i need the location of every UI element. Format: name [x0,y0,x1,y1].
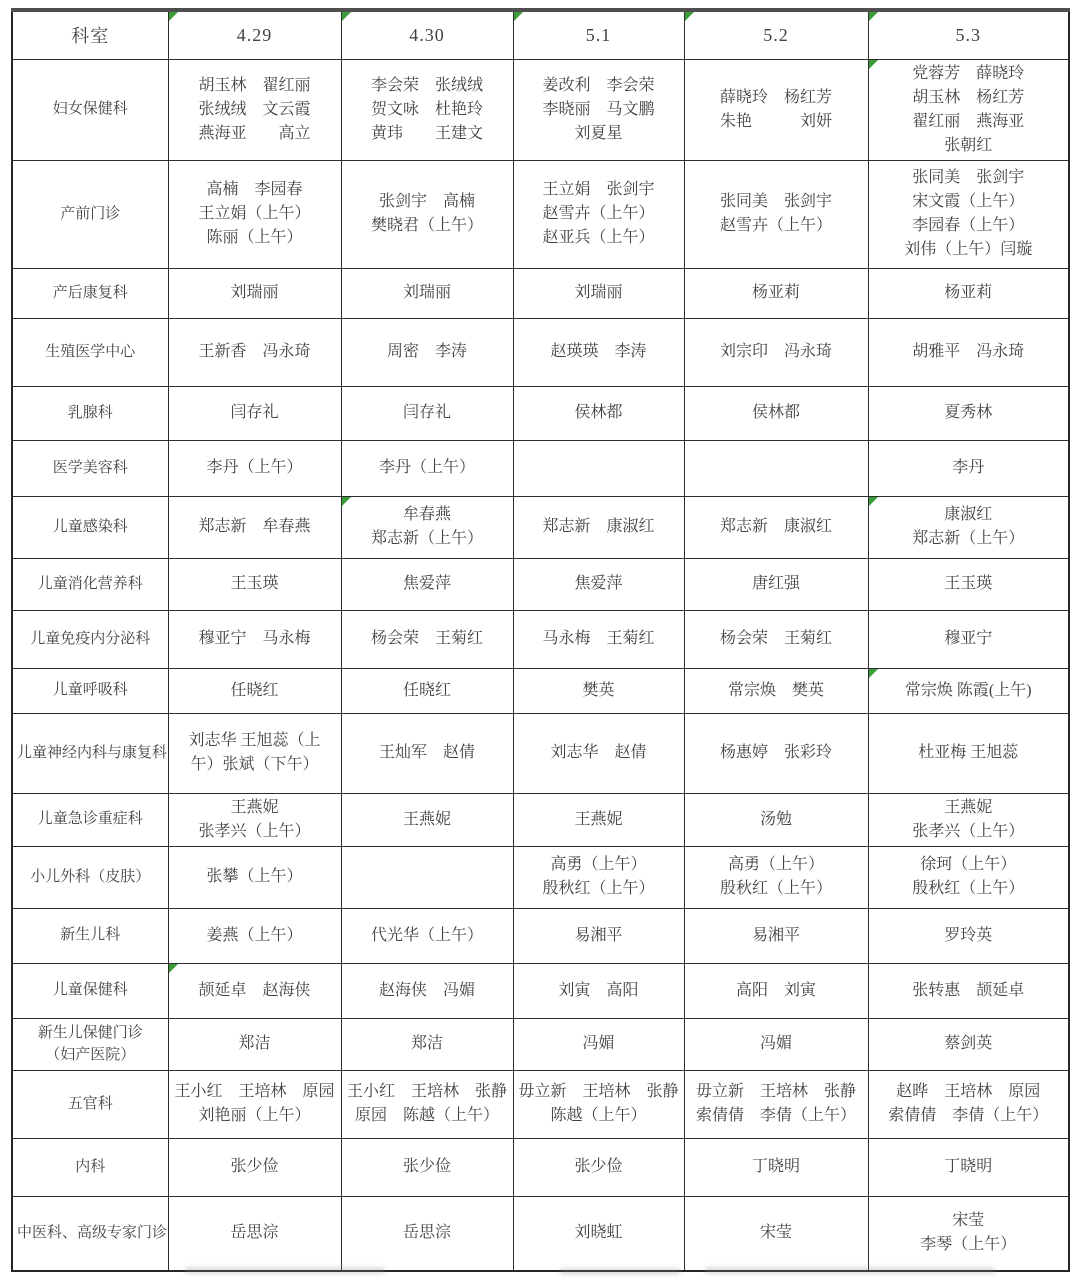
schedule-cell: 张同美 张剑宇宋文霞（上午）李园春（上午）刘伟（上午）闫璇 [868,160,1069,268]
schedule-cell: 杨会荣 王菊红 [684,610,868,668]
staff-name-line: 毋立新 王培林 张静 [689,1080,864,1104]
schedule-cell: 丁晓明 [868,1138,1069,1196]
staff-name-line: 陈越（上午） [518,1104,680,1128]
staff-name-line: 朱艳 刘妍 [689,110,864,134]
schedule-cell: 王小红 王培林 张静原园 陈越（上午） [341,1070,513,1138]
staff-name-line: 王灿军 赵倩 [346,741,509,765]
staff-name-line: 王立娟（上午） [173,202,337,226]
department-cell: 内科 [12,1138,168,1196]
staff-name-line: 赵雪卉（上午） [518,202,680,226]
schedule-row: 产后康复科刘瑞丽刘瑞丽刘瑞丽杨亚莉杨亚莉 [12,268,1069,318]
staff-name-line: 焦爱萍 [346,572,509,596]
staff-name-line: 刘艳丽（上午） [173,1104,337,1128]
department-cell: 儿童保健科 [12,963,168,1018]
staff-name-line: 夏秀林 [873,401,1065,425]
staff-name-line: 王新香 冯永琦 [173,340,337,364]
schedule-cell: 穆亚宁 马永梅 [168,610,341,668]
staff-name-line: 李丹（上午） [173,456,337,480]
schedule-row: 儿童保健科颉延卓 赵海侠赵海侠 冯媚刘寅 高阳高阳 刘寅张转惠 颉延卓 [12,963,1069,1018]
department-name: 产后康复科 [17,282,164,305]
staff-name-line: 薛晓玲 杨红芳 [689,86,864,110]
department-cell: 新生儿保健门诊（妇产医院） [12,1018,168,1070]
department-cell: 生殖医学中心 [12,318,168,386]
table-header: 科室4.294.305.15.25.3 [12,10,1069,59]
staff-name-line: 李丹 [873,456,1065,480]
staff-name-line: 姜改利 李会荣 [518,74,680,98]
staff-name-line: 侯林都 [518,401,680,425]
schedule-row: 儿童消化营养科王玉瑛焦爱萍焦爱萍唐红强王玉瑛 [12,558,1069,610]
comment-marker-icon [869,12,878,21]
schedule-cell: 焦爱萍 [341,558,513,610]
staff-name-line: 常宗焕 樊英 [689,679,864,703]
schedule-cell: 周密 李涛 [341,318,513,386]
department-name: 新生儿科 [17,924,164,947]
schedule-cell: 郑志新 牟春燕 [168,496,341,558]
schedule-cell: 高勇（上午）殷秋红（上午） [684,846,868,908]
schedule-cell: 毋立新 王培林 张静陈越（上午） [513,1070,684,1138]
dept-column-header: 科室 [12,10,168,59]
staff-name-line: 郑志新 牟春燕 [173,515,337,539]
staff-name-line: 胡雅平 冯永琦 [873,340,1065,364]
staff-name-line: 闫存礼 [346,401,509,425]
schedule-cell: 常宗焕 樊英 [684,668,868,713]
department-cell: 儿童呼吸科 [12,668,168,713]
department-cell: 五官科 [12,1070,168,1138]
schedule-cell: 毋立新 王培林 张静索倩倩 李倩（上午） [684,1070,868,1138]
schedule-cell: 宋莹李琴（上午） [868,1196,1069,1271]
department-name: 儿童感染科 [17,516,164,539]
schedule-cell: 张少俭 [168,1138,341,1196]
staff-name-line: 代光华（上午） [346,924,509,948]
schedule-cell: 赵瑛瑛 李涛 [513,318,684,386]
staff-name-line: 杜亚梅 王旭蕊 [873,741,1065,765]
staff-name-line: 张孝兴（上午） [173,820,337,844]
staff-name-line: 党蓉芳 薛晓玲 [873,62,1065,86]
schedule-cell: 刘寅 高阳 [513,963,684,1018]
staff-name-line: 郑志新 康淑红 [518,515,680,539]
staff-name-line: 刘伟（上午）闫璇 [873,238,1065,262]
schedule-cell: 杜亚梅 王旭蕊 [868,713,1069,793]
staff-name-line: 高勇（上午） [518,853,680,877]
staff-name-line: 刘瑞丽 [173,281,337,305]
staff-name-line: 李琴（上午） [873,1233,1065,1257]
department-name: 儿童消化营养科 [17,573,164,596]
staff-name-line: 宋莹 [873,1209,1065,1233]
staff-name-line: 赵雪卉（上午） [689,214,864,238]
staff-name-line: 李会荣 张绒绒 [346,74,509,98]
schedule-row: 新生儿保健门诊（妇产医院）郑洁郑洁冯媚冯媚蔡剑英 [12,1018,1069,1070]
schedule-cell: 闫存礼 [341,386,513,440]
schedule-cell: 颉延卓 赵海侠 [168,963,341,1018]
staff-name-line: 穆亚宁 马永梅 [173,627,337,651]
staff-name-line: 刘志华 王旭蕊（上 [173,729,337,753]
staff-name-line: 午）张斌（下午） [173,753,337,777]
schedule-cell: 刘瑞丽 [341,268,513,318]
department-name: 新生儿保健门诊 [17,1022,164,1045]
staff-name-line: 高楠 李园春 [173,178,337,202]
schedule-cell: 岳思淙 [168,1196,341,1271]
staff-name-line: 杨会荣 王菊红 [689,627,864,651]
staff-name-line: 罗玲英 [873,924,1065,948]
schedule-cell: 蔡剑英 [868,1018,1069,1070]
comment-marker-icon [169,12,178,21]
schedule-cell: 刘志华 赵倩 [513,713,684,793]
staff-name-line: 原园 陈越（上午） [346,1104,509,1128]
staff-name-line: 郑洁 [346,1032,509,1056]
staff-name-line: 殷秋红（上午） [873,877,1065,901]
schedule-cell: 高楠 李园春王立娟（上午）陈丽（上午） [168,160,341,268]
staff-name-line: 任晓红 [173,679,337,703]
schedule-cell: 焦爱萍 [513,558,684,610]
staff-name-line: 张转惠 颉延卓 [873,979,1065,1003]
schedule-cell: 罗玲英 [868,908,1069,963]
staff-name-line: 易湘平 [689,924,864,948]
schedule-cell: 王燕妮张孝兴（上午） [168,793,341,846]
staff-name-line: 王立娟 张剑宇 [518,178,680,202]
staff-name-line: 刘宗印 冯永琦 [689,340,864,364]
staff-name-line: 杨亚莉 [689,281,864,305]
staff-name-line: 樊晓君（上午） [346,214,509,238]
staff-name-line: 冯媚 [518,1032,680,1056]
staff-name-line: 陈丽（上午） [173,226,337,250]
schedule-cell: 郑志新 康淑红 [684,496,868,558]
duty-schedule-page: 科室4.294.305.15.25.3 妇女保健科胡玉林 翟红丽张绒绒 文云霞燕… [0,0,1080,1277]
schedule-cell: 赵海侠 冯媚 [341,963,513,1018]
staff-name-line: 赵亚兵（上午） [518,226,680,250]
department-cell: 儿童神经内科与康复科 [12,713,168,793]
schedule-cell: 康淑红郑志新（上午） [868,496,1069,558]
department-name: 内科 [17,1156,164,1179]
staff-name-line: 徐珂（上午） [873,853,1065,877]
department-cell: 新生儿科 [12,908,168,963]
staff-name-line: 丁晓明 [689,1155,864,1179]
comment-marker-icon [342,497,351,506]
staff-name-line: 王玉瑛 [873,572,1065,596]
staff-name-line: 王小红 王培林 张静 [346,1080,509,1104]
schedule-cell: 侯林都 [513,386,684,440]
schedule-cell: 杨亚莉 [684,268,868,318]
staff-name-line: 刘寅 高阳 [518,979,680,1003]
staff-name-line: 马永梅 王菊红 [518,627,680,651]
schedule-cell: 代光华（上午） [341,908,513,963]
schedule-cell: 张同美 张剑宇赵雪卉（上午） [684,160,868,268]
staff-name-line: 殷秋红（上午） [689,877,864,901]
staff-name-line: 宋莹 [689,1221,864,1245]
schedule-cell: 张少俭 [513,1138,684,1196]
schedule-cell: 李丹 [868,440,1069,496]
staff-name-line: 唐红强 [689,572,864,596]
cropped-text-artifact [185,1267,385,1274]
staff-name-line: 郑志新（上午） [346,527,509,551]
staff-name-line: 穆亚宁 [873,627,1065,651]
schedule-row: 儿童免疫内分泌科穆亚宁 马永梅杨会荣 王菊红马永梅 王菊红杨会荣 王菊红穆亚宁 [12,610,1069,668]
staff-name-line: 高勇（上午） [689,853,864,877]
staff-name-line: 牟春燕 [346,503,509,527]
schedule-cell: 高勇（上午）殷秋红（上午） [513,846,684,908]
staff-name-line: 岳思淙 [346,1221,509,1245]
department-name: 儿童急诊重症科 [17,808,164,831]
staff-name-line: 李晓丽 马文鹏 [518,98,680,122]
cropped-text-artifact [560,1268,680,1275]
staff-name-line: 樊英 [518,679,680,703]
schedule-cell: 唐红强 [684,558,868,610]
staff-name-line: 姜燕（上午） [173,924,337,948]
staff-name-line: 翟红丽 燕海亚 [873,110,1065,134]
date-column-header: 5.2 [684,10,868,59]
comment-marker-icon [342,12,351,21]
staff-name-line: 贺文咏 杜艳玲 [346,98,509,122]
department-cell: 产前门诊 [12,160,168,268]
date-column-header: 4.29 [168,10,341,59]
schedule-cell: 刘瑞丽 [168,268,341,318]
cropped-text-artifact [705,1267,995,1274]
staff-name-line: 康淑红 [873,503,1065,527]
staff-name-line: 张朝红 [873,134,1065,158]
schedule-cell: 夏秀林 [868,386,1069,440]
department-cell: 小儿外科（皮肤） [12,846,168,908]
schedule-row: 生殖医学中心王新香 冯永琦周密 李涛赵瑛瑛 李涛刘宗印 冯永琦胡雅平 冯永琦 [12,318,1069,386]
schedule-cell: 郑志新 康淑红 [513,496,684,558]
department-name: 儿童免疫内分泌科 [17,628,164,651]
date-column-header: 4.30 [341,10,513,59]
schedule-row: 妇女保健科胡玉林 翟红丽张绒绒 文云霞燕海亚 高立李会荣 张绒绒贺文咏 杜艳玲黄… [12,59,1069,160]
staff-name-line: 常宗焕 陈霞(上午) [873,679,1065,703]
staff-name-line: 张少俭 [346,1155,509,1179]
schedule-row: 小儿外科（皮肤）张攀（上午）高勇（上午）殷秋红（上午）高勇（上午）殷秋红（上午）… [12,846,1069,908]
schedule-cell: 樊英 [513,668,684,713]
staff-name-line: 刘瑞丽 [346,281,509,305]
department-name: 生殖医学中心 [17,341,164,364]
schedule-cell: 冯媚 [513,1018,684,1070]
schedule-cell: 杨会荣 王菊红 [341,610,513,668]
schedule-cell: 高阳 刘寅 [684,963,868,1018]
staff-name-line: 索倩倩 李倩（上午） [873,1104,1065,1128]
staff-name-line: 索倩倩 李倩（上午） [689,1104,864,1128]
schedule-cell: 宋莹 [684,1196,868,1271]
staff-name-line: 郑洁 [173,1032,337,1056]
staff-name-line: 张剑宇 高楠 [346,190,509,214]
schedule-cell: 杨亚莉 [868,268,1069,318]
schedule-cell: 王玉瑛 [868,558,1069,610]
staff-name-line: 蔡剑英 [873,1032,1065,1056]
staff-name-line: 刘晓虹 [518,1221,680,1245]
schedule-cell: 王小红 王培林 原园刘艳丽（上午） [168,1070,341,1138]
staff-name-line: 刘瑞丽 [518,281,680,305]
staff-name-line: 黄玮 王建文 [346,122,509,146]
staff-name-line: 张同美 张剑宇 [689,190,864,214]
staff-name-line: 易湘平 [518,924,680,948]
schedule-cell: 马永梅 王菊红 [513,610,684,668]
staff-name-line: 杨亚莉 [873,281,1065,305]
staff-name-line: 张攀（上午） [173,865,337,889]
staff-name-line: 颉延卓 赵海侠 [173,979,337,1003]
staff-name-line: 焦爱萍 [518,572,680,596]
staff-name-line: 毋立新 王培林 张静 [518,1080,680,1104]
department-name: 医学美容科 [17,457,164,480]
schedule-row: 中医科、高级专家门诊岳思淙岳思淙刘晓虹宋莹宋莹李琴（上午） [12,1196,1069,1271]
comment-marker-icon [869,669,878,678]
schedule-cell: 张剑宇 高楠樊晓君（上午） [341,160,513,268]
schedule-cell: 冯媚 [684,1018,868,1070]
department-name: 妇女保健科 [17,98,164,121]
schedule-row: 内科张少俭张少俭张少俭丁晓明丁晓明 [12,1138,1069,1196]
schedule-row: 产前门诊高楠 李园春王立娟（上午）陈丽（上午）张剑宇 高楠樊晓君（上午）王立娟 … [12,160,1069,268]
department-cell: 医学美容科 [12,440,168,496]
staff-name-line: 王燕妮 [346,808,509,832]
schedule-cell: 王新香 冯永琦 [168,318,341,386]
schedule-cell: 胡雅平 冯永琦 [868,318,1069,386]
staff-name-line: 胡玉林 杨红芳 [873,86,1065,110]
department-cell: 儿童急诊重症科 [12,793,168,846]
staff-name-line: 任晓红 [346,679,509,703]
schedule-cell: 刘宗印 冯永琦 [684,318,868,386]
schedule-cell: 李会荣 张绒绒贺文咏 杜艳玲黄玮 王建文 [341,59,513,160]
staff-name-line: 汤勉 [689,808,864,832]
staff-name-line: 王玉瑛 [173,572,337,596]
schedule-cell: 刘晓虹 [513,1196,684,1271]
schedule-cell: 杨惠婷 张彩玲 [684,713,868,793]
schedule-cell: 李丹（上午） [341,440,513,496]
schedule-cell: 王立娟 张剑宇赵雪卉（上午）赵亚兵（上午） [513,160,684,268]
staff-name-line: 岳思淙 [173,1221,337,1245]
department-name: 产前门诊 [17,203,164,226]
department-cell: 妇女保健科 [12,59,168,160]
schedule-cell [341,846,513,908]
schedule-cell: 张转惠 颉延卓 [868,963,1069,1018]
staff-name-line: 丁晓明 [873,1155,1065,1179]
comment-marker-icon [869,60,878,69]
schedule-cell: 胡玉林 翟红丽张绒绒 文云霞燕海亚 高立 [168,59,341,160]
schedule-cell: 易湘平 [513,908,684,963]
schedule-row: 五官科王小红 王培林 原园刘艳丽（上午）王小红 王培林 张静原园 陈越（上午）毋… [12,1070,1069,1138]
department-name: 五官科 [17,1093,164,1116]
schedule-cell: 薛晓玲 杨红芳朱艳 刘妍 [684,59,868,160]
schedule-cell: 姜燕（上午） [168,908,341,963]
schedule-cell: 任晓红 [341,668,513,713]
header-row: 科室4.294.305.15.25.3 [12,10,1069,59]
staff-name-line: 杨惠婷 张彩玲 [689,741,864,765]
schedule-cell: 闫存礼 [168,386,341,440]
staff-name-line: 张孝兴（上午） [873,820,1065,844]
schedule-cell: 徐珂（上午）殷秋红（上午） [868,846,1069,908]
department-cell: 儿童免疫内分泌科 [12,610,168,668]
staff-name-line: 刘夏星 [518,122,680,146]
staff-name-line: 周密 李涛 [346,340,509,364]
schedule-cell: 张少俭 [341,1138,513,1196]
schedule-cell: 丁晓明 [684,1138,868,1196]
staff-name-line: 赵晔 王培林 原园 [873,1080,1065,1104]
staff-name-line: 王燕妮 [518,808,680,832]
staff-name-line: 郑志新 康淑红 [689,515,864,539]
comment-marker-icon [169,964,178,973]
schedule-cell: 王燕妮张孝兴（上午） [868,793,1069,846]
department-cell: 产后康复科 [12,268,168,318]
schedule-cell: 赵晔 王培林 原园索倩倩 李倩（上午） [868,1070,1069,1138]
schedule-cell: 李丹（上午） [168,440,341,496]
schedule-row: 儿童神经内科与康复科刘志华 王旭蕊（上午）张斌（下午）王灿军 赵倩刘志华 赵倩杨… [12,713,1069,793]
staff-name-line: 杨会荣 王菊红 [346,627,509,651]
staff-name-line: 李园春（上午） [873,214,1065,238]
staff-name-line: 高阳 刘寅 [689,979,864,1003]
schedule-cell: 郑洁 [341,1018,513,1070]
department-cell: 乳腺科 [12,386,168,440]
schedule-cell: 刘瑞丽 [513,268,684,318]
department-cell: 儿童消化营养科 [12,558,168,610]
staff-name-line: 李丹（上午） [346,456,509,480]
schedule-cell: 郑洁 [168,1018,341,1070]
schedule-cell: 党蓉芳 薛晓玲胡玉林 杨红芳翟红丽 燕海亚张朝红 [868,59,1069,160]
comment-marker-icon [685,12,694,21]
staff-name-line: 赵海侠 冯媚 [346,979,509,1003]
schedule-cell: 张攀（上午） [168,846,341,908]
staff-name-line: 王燕妮 [873,796,1065,820]
staff-name-line: 闫存礼 [173,401,337,425]
department-name: 儿童神经内科与康复科 [17,742,164,765]
department-name: 乳腺科 [17,402,164,425]
schedule-cell [684,440,868,496]
table-body: 妇女保健科胡玉林 翟红丽张绒绒 文云霞燕海亚 高立李会荣 张绒绒贺文咏 杜艳玲黄… [12,59,1069,1271]
date-column-header: 5.1 [513,10,684,59]
schedule-cell: 姜改利 李会荣李晓丽 马文鹏刘夏星 [513,59,684,160]
schedule-row: 儿童感染科郑志新 牟春燕牟春燕郑志新（上午）郑志新 康淑红郑志新 康淑红康淑红郑… [12,496,1069,558]
schedule-cell: 岳思淙 [341,1196,513,1271]
date-column-header: 5.3 [868,10,1069,59]
schedule-cell: 侯林都 [684,386,868,440]
department-name: （妇产医院） [17,1044,164,1067]
department-cell: 儿童感染科 [12,496,168,558]
department-name: 儿童保健科 [17,979,164,1002]
staff-name-line: 张同美 张剑宇 [873,166,1065,190]
schedule-cell: 穆亚宁 [868,610,1069,668]
schedule-cell: 王灿军 赵倩 [341,713,513,793]
comment-marker-icon [869,497,878,506]
duty-schedule-table: 科室4.294.305.15.25.3 妇女保健科胡玉林 翟红丽张绒绒 文云霞燕… [11,8,1070,1272]
schedule-row: 新生儿科姜燕（上午）代光华（上午）易湘平易湘平罗玲英 [12,908,1069,963]
staff-name-line: 王小红 王培林 原园 [173,1080,337,1104]
schedule-row: 乳腺科闫存礼闫存礼侯林都侯林都夏秀林 [12,386,1069,440]
department-name: 儿童呼吸科 [17,679,164,702]
staff-name-line: 宋文霞（上午） [873,190,1065,214]
staff-name-line: 王燕妮 [173,796,337,820]
schedule-cell: 王燕妮 [341,793,513,846]
schedule-cell: 汤勉 [684,793,868,846]
schedule-row: 医学美容科李丹（上午）李丹（上午）李丹 [12,440,1069,496]
schedule-cell: 任晓红 [168,668,341,713]
department-cell: 中医科、高级专家门诊 [12,1196,168,1271]
staff-name-line: 张绒绒 文云霞 [173,98,337,122]
staff-name-line: 胡玉林 翟红丽 [173,74,337,98]
department-name: 小儿外科（皮肤） [17,866,164,889]
schedule-cell: 王燕妮 [513,793,684,846]
staff-name-line: 张少俭 [518,1155,680,1179]
staff-name-line: 侯林都 [689,401,864,425]
schedule-row: 儿童呼吸科任晓红任晓红樊英常宗焕 樊英常宗焕 陈霞(上午) [12,668,1069,713]
schedule-cell: 王玉瑛 [168,558,341,610]
staff-name-line: 燕海亚 高立 [173,122,337,146]
schedule-cell [513,440,684,496]
department-name: 中医科、高级专家门诊 [17,1222,164,1245]
staff-name-line: 赵瑛瑛 李涛 [518,340,680,364]
schedule-cell: 刘志华 王旭蕊（上午）张斌（下午） [168,713,341,793]
schedule-cell: 牟春燕郑志新（上午） [341,496,513,558]
schedule-row: 儿童急诊重症科王燕妮张孝兴（上午）王燕妮王燕妮汤勉王燕妮张孝兴（上午） [12,793,1069,846]
staff-name-line: 冯媚 [689,1032,864,1056]
staff-name-line: 殷秋红（上午） [518,877,680,901]
schedule-cell: 常宗焕 陈霞(上午) [868,668,1069,713]
staff-name-line: 刘志华 赵倩 [518,741,680,765]
staff-name-line: 张少俭 [173,1155,337,1179]
schedule-cell: 易湘平 [684,908,868,963]
